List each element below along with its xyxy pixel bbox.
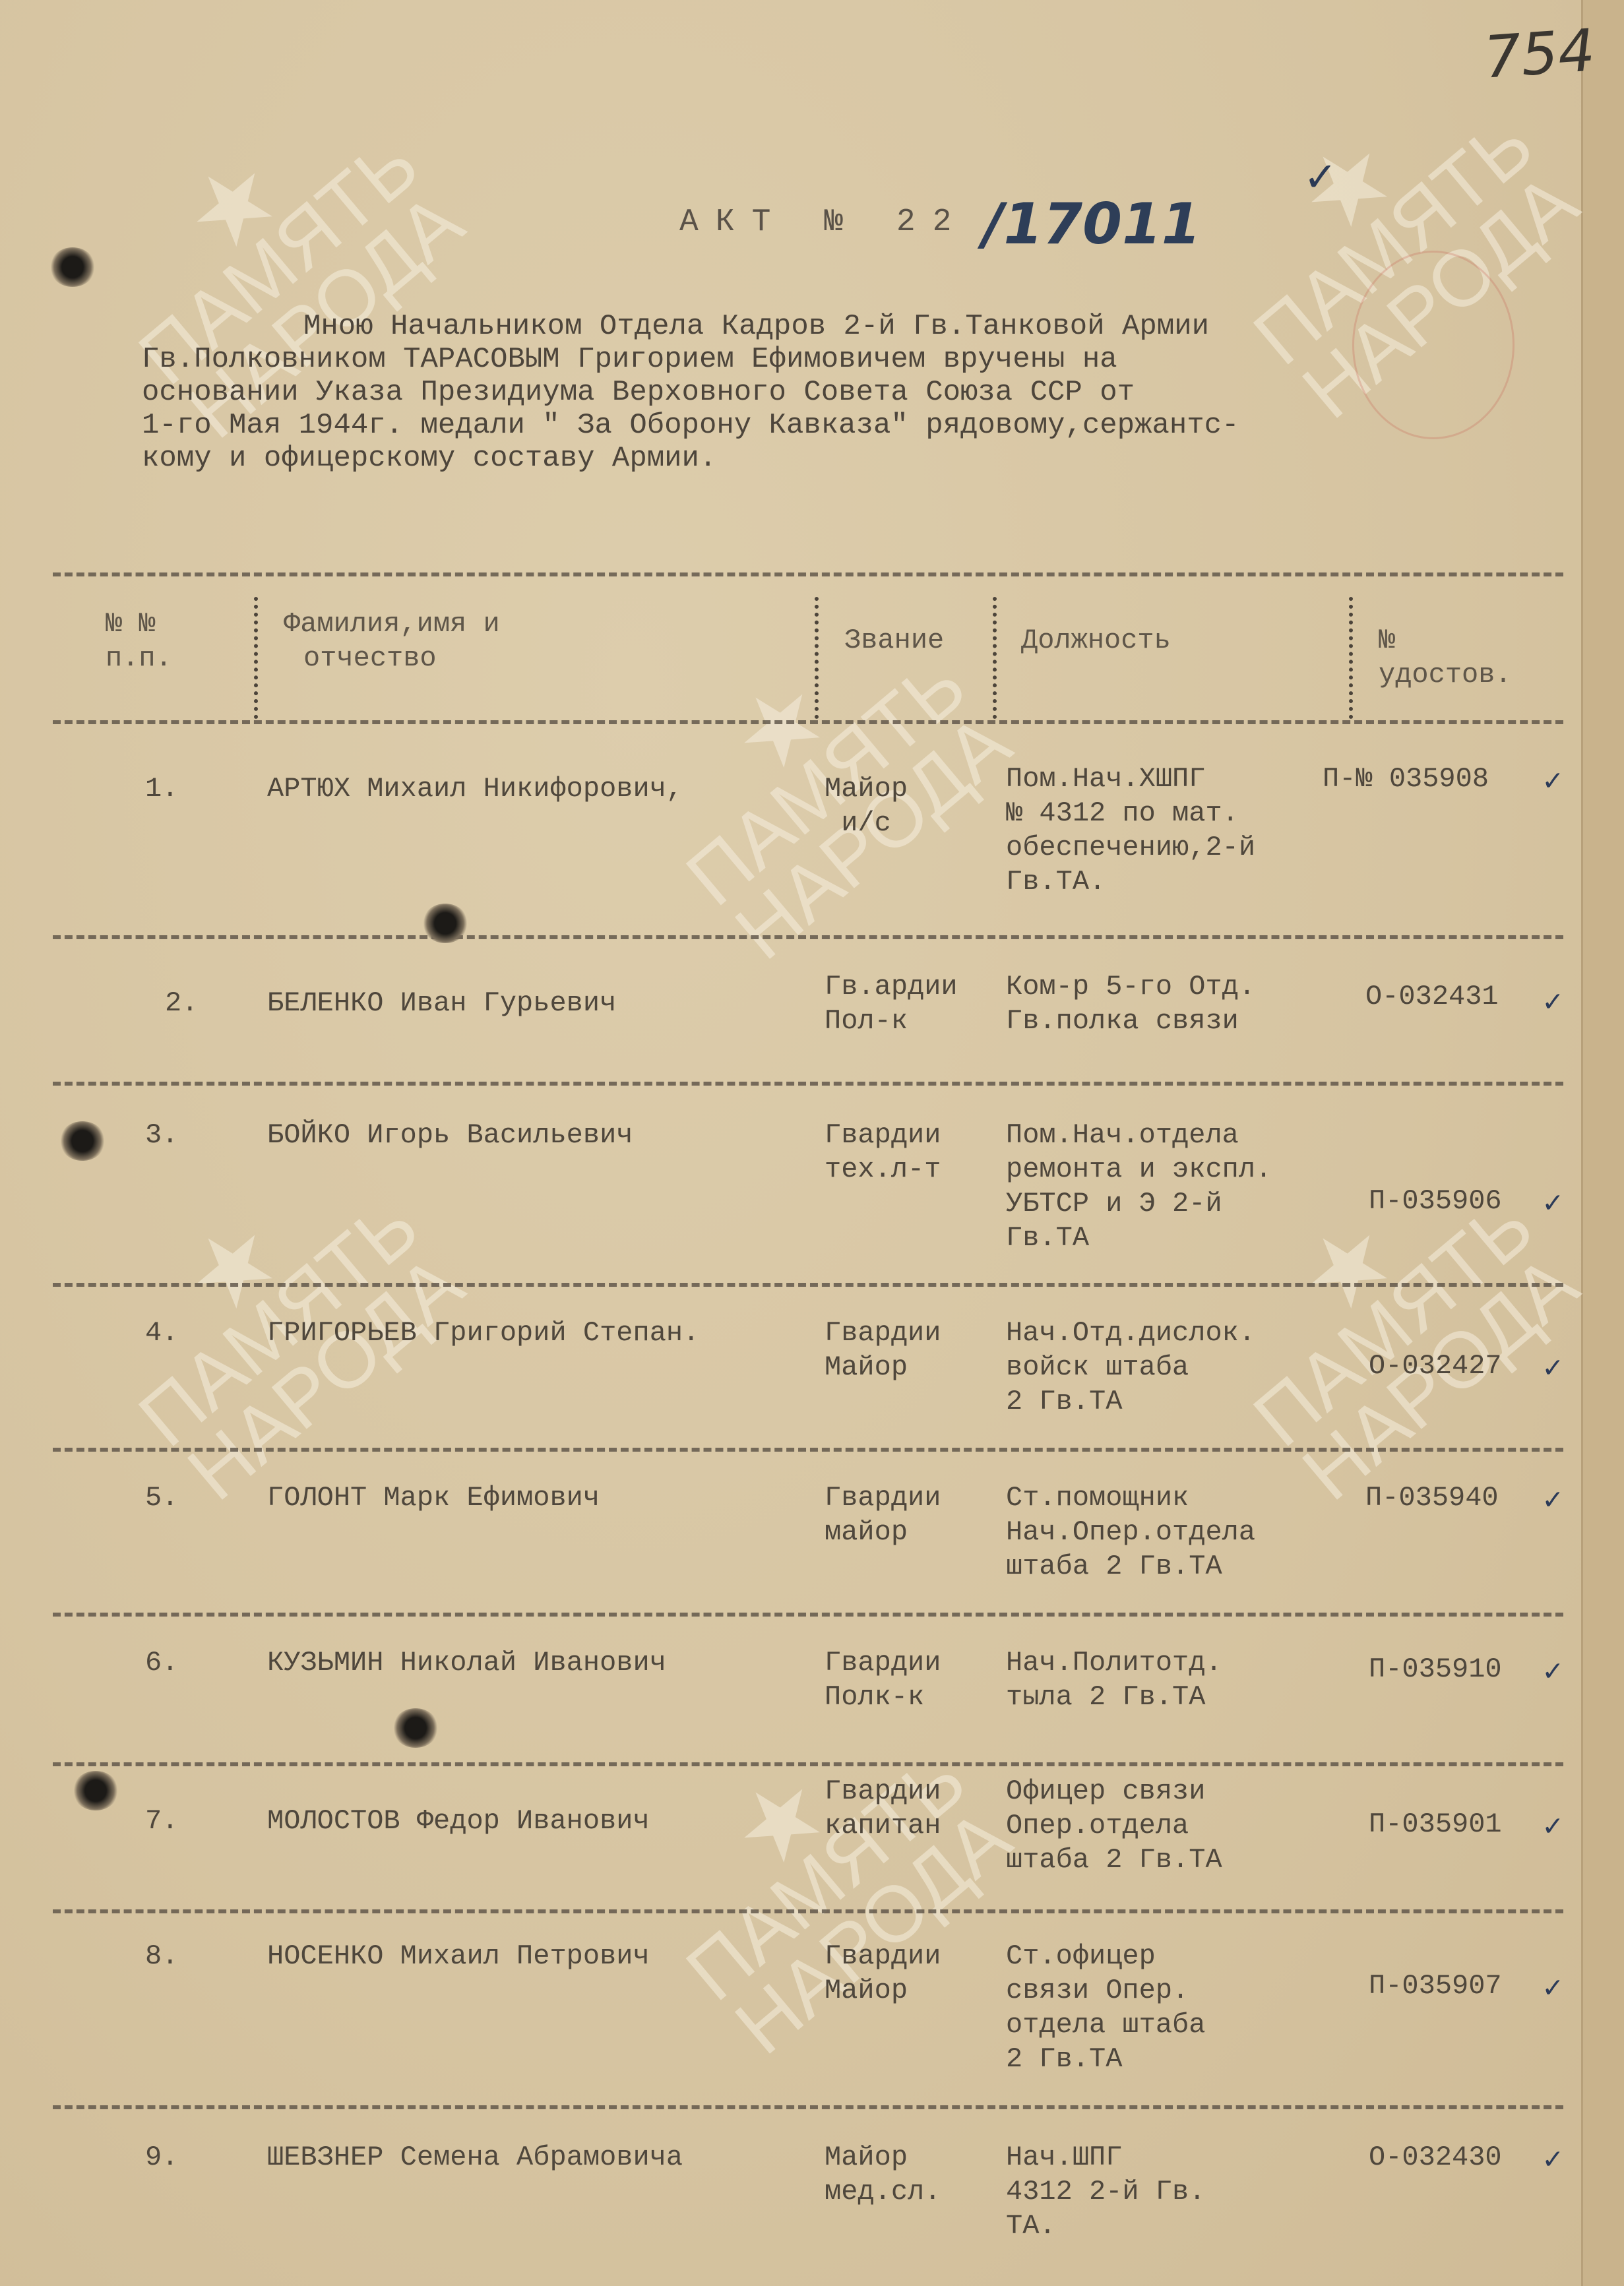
position: Нач.Отд.дислок. войск штаба 2 Гв.ТА [1006, 1316, 1255, 1419]
header-rank: Звание [844, 623, 944, 658]
certificate-number: П-035910 [1369, 1652, 1502, 1686]
row-divider [53, 1613, 1563, 1617]
full-name: КУЗЬМИН Николай Иванович [267, 1646, 666, 1680]
row-divider [53, 2105, 1563, 2109]
row-number: 8. [145, 1939, 178, 1973]
full-name: АРТЮХ Михаил Никифорович, [267, 772, 683, 806]
punch-hole [59, 1121, 106, 1161]
row-divider [53, 1082, 1563, 1086]
check-mark-icon: ✓ [1544, 1349, 1562, 1386]
full-name: БОЙКО Игорь Васильевич [267, 1118, 633, 1152]
rank: Майор мед.сл. [825, 2140, 941, 2209]
certificate-number: О-032427 [1369, 1349, 1502, 1383]
column-divider [993, 597, 997, 719]
row-divider [53, 1448, 1563, 1452]
check-mark-icon: ✓ [1544, 1184, 1562, 1221]
row-number: 1. [145, 772, 178, 806]
check-mark-icon: ✓ [1544, 1652, 1562, 1690]
rank: Гвардии Майор [825, 1316, 941, 1384]
page-edge [1581, 0, 1624, 2286]
check-mark-icon: ✓ [1306, 148, 1334, 206]
position: Нач.ШПГ 4312 2-й Гв. ТА. [1006, 2140, 1205, 2243]
check-mark-icon: ✓ [1544, 1481, 1562, 1518]
certificate-number: П-035907 [1369, 1969, 1502, 2003]
intro-paragraph: Мною Начальником Отдела Кадров 2-й Гв.Та… [303, 310, 1557, 475]
check-mark-icon: ✓ [1544, 983, 1562, 1020]
row-number: 9. [145, 2140, 178, 2175]
position: Пом.Нач.отдела ремонта и экспл. УБТСР и … [1006, 1118, 1272, 1255]
handwritten-act-number: /17011 [983, 191, 1201, 257]
position: Пом.Нач.ХШПГ № 4312 по мат. обеспечению,… [1006, 762, 1255, 899]
full-name: ГОЛОНТ Марк Ефимович [267, 1481, 600, 1515]
full-name: НОСЕНКО Михаил Петрович [267, 1939, 650, 1973]
rank: Гвардии Полк-к [825, 1646, 941, 1714]
punch-hole [392, 1708, 439, 1748]
table-top-rule [53, 572, 1563, 576]
column-divider [1349, 597, 1353, 719]
header-full-name: Фамилия,имя иотчество [284, 607, 500, 675]
check-mark-icon: ✓ [1544, 2140, 1562, 2178]
certificate-number: О-032430 [1369, 2140, 1502, 2175]
check-mark-icon: ✓ [1544, 762, 1562, 799]
certificate-number: П-035901 [1369, 1807, 1502, 1841]
position: Ст.офицер связи Опер. отдела штаба 2 Гв.… [1006, 1939, 1205, 2076]
row-number: 4. [145, 1316, 178, 1350]
punch-hole [49, 247, 96, 287]
header-position: Должность [1021, 623, 1171, 658]
header-bottom-rule [53, 720, 1563, 724]
full-name: МОЛОСТОВ Федор Иванович [267, 1804, 650, 1838]
full-name: ШЕВЗНЕР Семена Абрамовича [267, 2140, 683, 2175]
folio-number: 754 [1482, 16, 1598, 91]
row-divider [53, 935, 1563, 939]
row-number: 6. [145, 1646, 178, 1680]
row-number: 2. [165, 986, 198, 1020]
certificate-number: П-035940 [1365, 1481, 1499, 1515]
certificate-number: О-032431 [1365, 979, 1499, 1014]
position: Нач.Политотд. тыла 2 Гв.ТА [1006, 1646, 1222, 1714]
full-name: ГРИГОРЬЕВ Григорий Степан. [267, 1316, 699, 1350]
row-divider [53, 1762, 1563, 1766]
position: Ст.помощник Нач.Опер.отдела штаба 2 Гв.Т… [1006, 1481, 1255, 1584]
rank: Гв.ардии Пол-к [825, 970, 958, 1038]
row-number: 5. [145, 1481, 178, 1515]
rank: Гвардии Майор [825, 1939, 941, 2008]
rank: Гвардии майор [825, 1481, 941, 1549]
check-mark-icon: ✓ [1544, 1969, 1562, 2006]
column-divider [815, 597, 819, 719]
check-mark-icon: ✓ [1544, 1807, 1562, 1845]
rank: Гвардии тех.л-т [825, 1118, 941, 1187]
column-divider [254, 597, 258, 719]
row-divider [53, 1909, 1563, 1913]
full-name: БЕЛЕНКО Иван Гурьевич [267, 986, 616, 1020]
header-certificate-number: №удостов. [1379, 623, 1512, 692]
punch-hole [422, 904, 468, 943]
position: Ком-р 5-го Отд. Гв.полка связи [1006, 970, 1255, 1038]
row-divider [53, 1283, 1563, 1287]
position: Офицер связи Опер.отдела штаба 2 Гв.ТА [1006, 1774, 1222, 1877]
certificate-number: П-№ 035908 [1323, 762, 1489, 796]
rank: Гвардии капитан [825, 1774, 941, 1843]
document-title: АКТ № 22 [679, 204, 968, 240]
row-number: 7. [145, 1804, 178, 1838]
rank: Майор и/с [825, 772, 908, 840]
row-number: 3. [145, 1118, 178, 1152]
header-row-number: № №п.п. [106, 607, 172, 675]
certificate-number: П-035906 [1369, 1184, 1502, 1218]
punch-hole [73, 1771, 119, 1810]
